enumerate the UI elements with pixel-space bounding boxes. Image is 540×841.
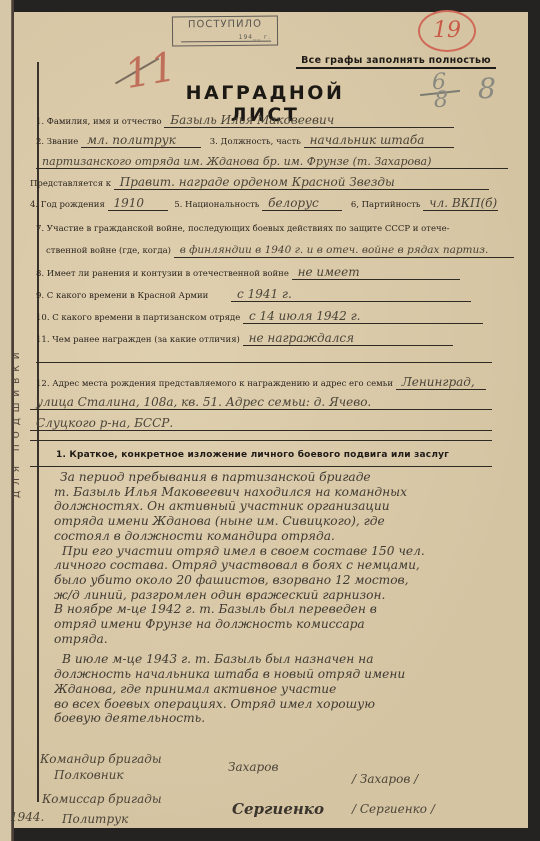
stamp-label: ПОСТУПИЛО: [188, 19, 262, 31]
address-value-line1: улица Сталина, 108а, кв. 51. Адрес семьи…: [30, 396, 492, 410]
birth-year-value: 1910: [108, 197, 168, 211]
fill-instruction: Все графы заполнять полностью: [296, 55, 496, 69]
commander-rank: Полковник: [54, 768, 124, 782]
field-address-cont1: улица Сталина, 108а, кв. 51. Адрес семьи…: [30, 396, 492, 410]
binding-strip: [0, 0, 12, 841]
stamp-date: 194__ г.: [181, 34, 271, 43]
narrative-line: отряда.: [54, 632, 524, 647]
field-war-participation: 7. Участие в гражданской войне, последую…: [36, 224, 450, 234]
position-label: 3. Должность, часть: [210, 137, 301, 147]
war-value: в финляндии в 1940 г. и в отеч. войне в …: [174, 244, 514, 258]
margin-rule: [37, 62, 39, 802]
war-label-line1: 7. Участие в гражданской войне, последую…: [36, 224, 450, 234]
narrative-line: ж/д линий, разгромлен один вражеский гар…: [54, 588, 524, 603]
partisan-label: 10. С какого времени в партизанском отря…: [36, 313, 240, 323]
commissar-title: Комиссар бригады: [42, 792, 162, 806]
commissar-printed-name: / Сергиенко /: [352, 802, 435, 816]
field-wounds: 8. Имеет ли ранения и контузии в отечест…: [36, 266, 460, 280]
field-address-cont2: Слуцкого р-на, БССР.: [30, 417, 492, 431]
document-year: 1944.: [10, 810, 44, 824]
commander-signature: Захаров: [228, 760, 278, 774]
pencil-side-number: 8: [478, 72, 496, 105]
fraction-denominator: 8: [434, 88, 448, 113]
blank-line: [36, 362, 492, 363]
binding-margin-label: ДЛЯ ПОДШИВКИ: [12, 302, 32, 542]
position-value-line2: партизанского отряда им. Жданова бр. им.…: [36, 155, 508, 169]
blank-line: [30, 440, 492, 441]
narrative-line: При его участии отряд имел в своем соста…: [54, 544, 524, 559]
nationality-label: 5. Национальность: [174, 200, 259, 210]
party-label: 6, Партийность: [351, 200, 421, 210]
field-rank-position: 2. Звание мл. политрук 3. Должность, час…: [36, 134, 454, 148]
awards-value: не награждался: [243, 332, 453, 346]
field-partisan-since: 10. С какого времени в партизанском отря…: [36, 310, 483, 324]
field-previous-awards: 11. Чем ранее награжден (за какие отличи…: [36, 332, 453, 346]
red-army-value: с 1941 г.: [231, 288, 471, 302]
narrative-line: В ноябре м-це 1942 г. т. Базыль был пере…: [54, 602, 524, 617]
narrative-line: личного состава. Отряд участвовал в боях…: [54, 558, 524, 573]
field-presented-for: Представляется к Правит. награде орденом…: [30, 176, 489, 190]
narrative-line: За период пребывания в партизанской бриг…: [54, 470, 524, 485]
narrative-line: состоял в должности командира отряда.: [54, 529, 524, 544]
commissar-signature: Сергиенко: [232, 800, 324, 818]
war-label-line2: ственной войне (где, когда): [46, 246, 171, 256]
address-value-start: Ленинград,: [396, 376, 486, 390]
narrative-line: было убито около 20 фашистов, взорвано 1…: [54, 573, 524, 588]
field-value: Базыль Илья Маковеевич: [164, 114, 454, 128]
commissar-rank: Политрук: [62, 812, 128, 826]
address-value-line2: Слуцкого р-на, БССР.: [30, 417, 492, 431]
field-full-name: 1. Фамилия, имя и отчество Базыль Илья М…: [36, 114, 454, 128]
received-stamp: ПОСТУПИЛО 194__ г.: [172, 16, 278, 47]
rank-label: 2. Звание: [36, 137, 78, 147]
rank-value: мл. политрук: [81, 134, 201, 148]
field-label: 1. Фамилия, имя и отчество: [36, 117, 162, 127]
red-army-label: 9. С какого времени в Красной Армии: [36, 291, 208, 301]
presented-value: Правит. награде орденом Красной Звезды: [114, 176, 489, 190]
presented-label: Представляется к: [30, 179, 111, 189]
field-war-participation-cont: ственной войне (где, когда) в финляндии …: [46, 244, 514, 258]
party-value: чл. ВКП(б): [423, 197, 498, 211]
section-heading: 1. Краткое, конкретное изложение личного…: [56, 450, 449, 460]
field-position-cont: партизанского отряда им. Жданова бр. им.…: [36, 155, 508, 169]
section-rule: [30, 466, 492, 467]
narrative-line: отряда имени Жданова (ныне им. Сивицкого…: [54, 514, 524, 529]
field-red-army-since: 9. С какого времени в Красной Армии с 19…: [36, 288, 471, 302]
wounds-label: 8. Имеет ли ранения и контузии в отечест…: [36, 269, 289, 279]
field-address: 12. Адрес места рождения представляемого…: [36, 376, 486, 390]
narrative-line: В июле м-це 1943 г. т. Базыль был назнач…: [54, 652, 524, 667]
narrative-line: во всех боевых операциях. Отряд имел хор…: [54, 697, 524, 712]
partisan-value: с 14 июля 1942 г.: [243, 310, 483, 324]
narrative-line: боевую деятельность.: [54, 711, 524, 726]
red-circled-number: 19: [418, 10, 476, 52]
narrative-line: Жданова, где принимал активное участие: [54, 682, 524, 697]
citation-narrative: За период пребывания в партизанской бриг…: [54, 470, 524, 726]
commander-printed-name: / Захаров /: [352, 772, 418, 786]
narrative-line: т. Базыль Илья Маковеевич находился на к…: [54, 485, 524, 500]
field-birth-nation-party: 4. Год рождения 1910 5. Национальность б…: [30, 197, 498, 211]
commander-title: Командир бригады: [40, 752, 162, 766]
awards-label: 11. Чем ранее награжден (за какие отличи…: [36, 335, 240, 345]
nationality-value: белорус: [262, 197, 342, 211]
narrative-line: должностях. Он активный участник организ…: [54, 499, 524, 514]
narrative-line: отряд имени Фрунзе на должность комиссар…: [54, 617, 524, 632]
position-value: начальник штаба: [304, 134, 454, 148]
wounds-value: не имеет: [292, 266, 460, 280]
narrative-line: должность начальника штаба в новый отряд…: [54, 667, 524, 682]
address-label: 12. Адрес места рождения представляемого…: [36, 379, 393, 389]
birth-year-label: 4. Год рождения: [30, 200, 105, 210]
